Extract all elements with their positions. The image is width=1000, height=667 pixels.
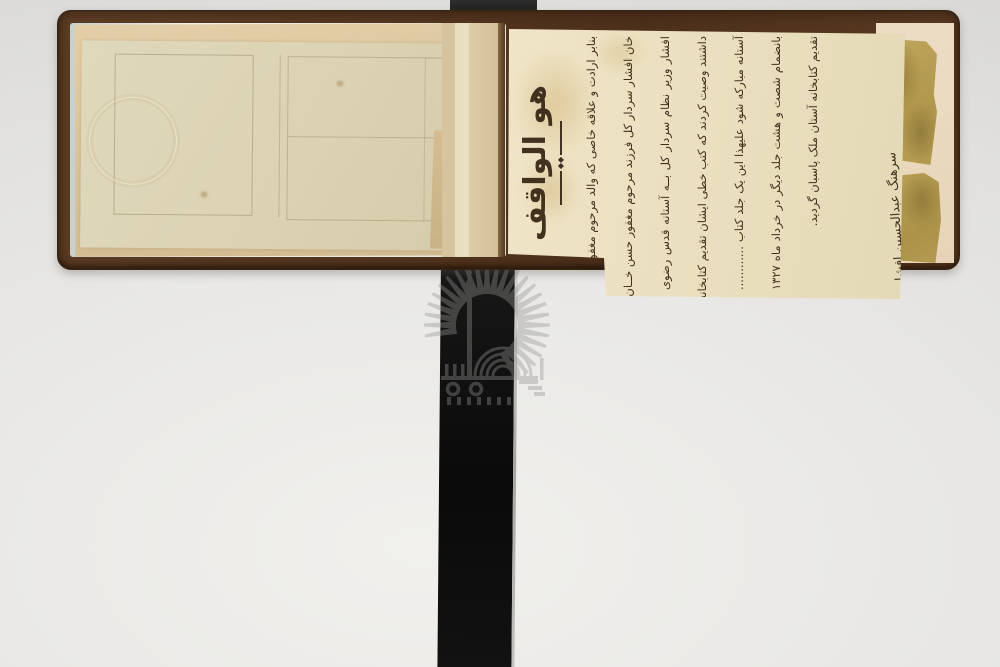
faded-frame-right bbox=[286, 56, 450, 221]
album-leather-cover: هو الواقف ◆◆ بنابر ارادت و علاقه خاصی که… bbox=[57, 10, 960, 270]
gutter-page-edge bbox=[442, 23, 455, 257]
faded-frame-inner-line bbox=[423, 58, 425, 220]
manuscript-line: داشتند وصیت کردند که کتب خطی ایشان تقدیم… bbox=[684, 36, 721, 290]
manuscript-header: هو الواقف bbox=[518, 25, 553, 301]
divider-diamonds-icon: ◆◆ bbox=[557, 155, 565, 171]
faded-divider-line bbox=[278, 55, 280, 217]
manuscript-line: افشار وزیر نظام سردار کل بــه آستانه قدس… bbox=[647, 36, 684, 290]
header-divider: ◆◆ bbox=[557, 121, 565, 205]
manuscript-line: تقدیم کتابخانه آستان ملک پاسبان گردید. bbox=[795, 36, 832, 290]
manuscript-body: بنابر ارادت و علاقه خاصی که والد مرحوم م… bbox=[573, 25, 832, 301]
divider-rule bbox=[560, 121, 562, 155]
manuscript-line: آستانه مبارکه شود علیهذا این یک جلد کتاب… bbox=[721, 36, 758, 290]
manuscript-page: هو الواقف ◆◆ بنابر ارادت و علاقه خاصی که… bbox=[506, 25, 910, 301]
photo-backdrop: هو الواقف ◆◆ بنابر ارادت و علاقه خاصی که… bbox=[0, 0, 1000, 667]
gutter-page-edge bbox=[469, 23, 498, 257]
embossed-seal bbox=[89, 96, 178, 185]
manuscript-line: خان افشار سردار کل فرزند مرحوم مغفور حسن… bbox=[610, 36, 647, 290]
paper-speck bbox=[201, 191, 208, 197]
paper-speck bbox=[337, 81, 344, 87]
gutter-page-edge bbox=[455, 23, 469, 257]
library-shrine-emblem-watermark-icon bbox=[401, 258, 577, 410]
divider-rule bbox=[560, 171, 562, 205]
manuscript-line: بنابر ارادت و علاقه خاصی که والد مرحوم م… bbox=[573, 36, 610, 290]
gutter-crease-shadow bbox=[498, 23, 505, 257]
manuscript-text-block: هو الواقف ◆◆ بنابر ارادت و علاقه خاصی که… bbox=[506, 25, 910, 301]
manuscript-line: بانضمام شصت و هشت جلد دیگر در خرداد ماه … bbox=[758, 36, 795, 290]
left-page-cream-sheet bbox=[80, 40, 465, 250]
